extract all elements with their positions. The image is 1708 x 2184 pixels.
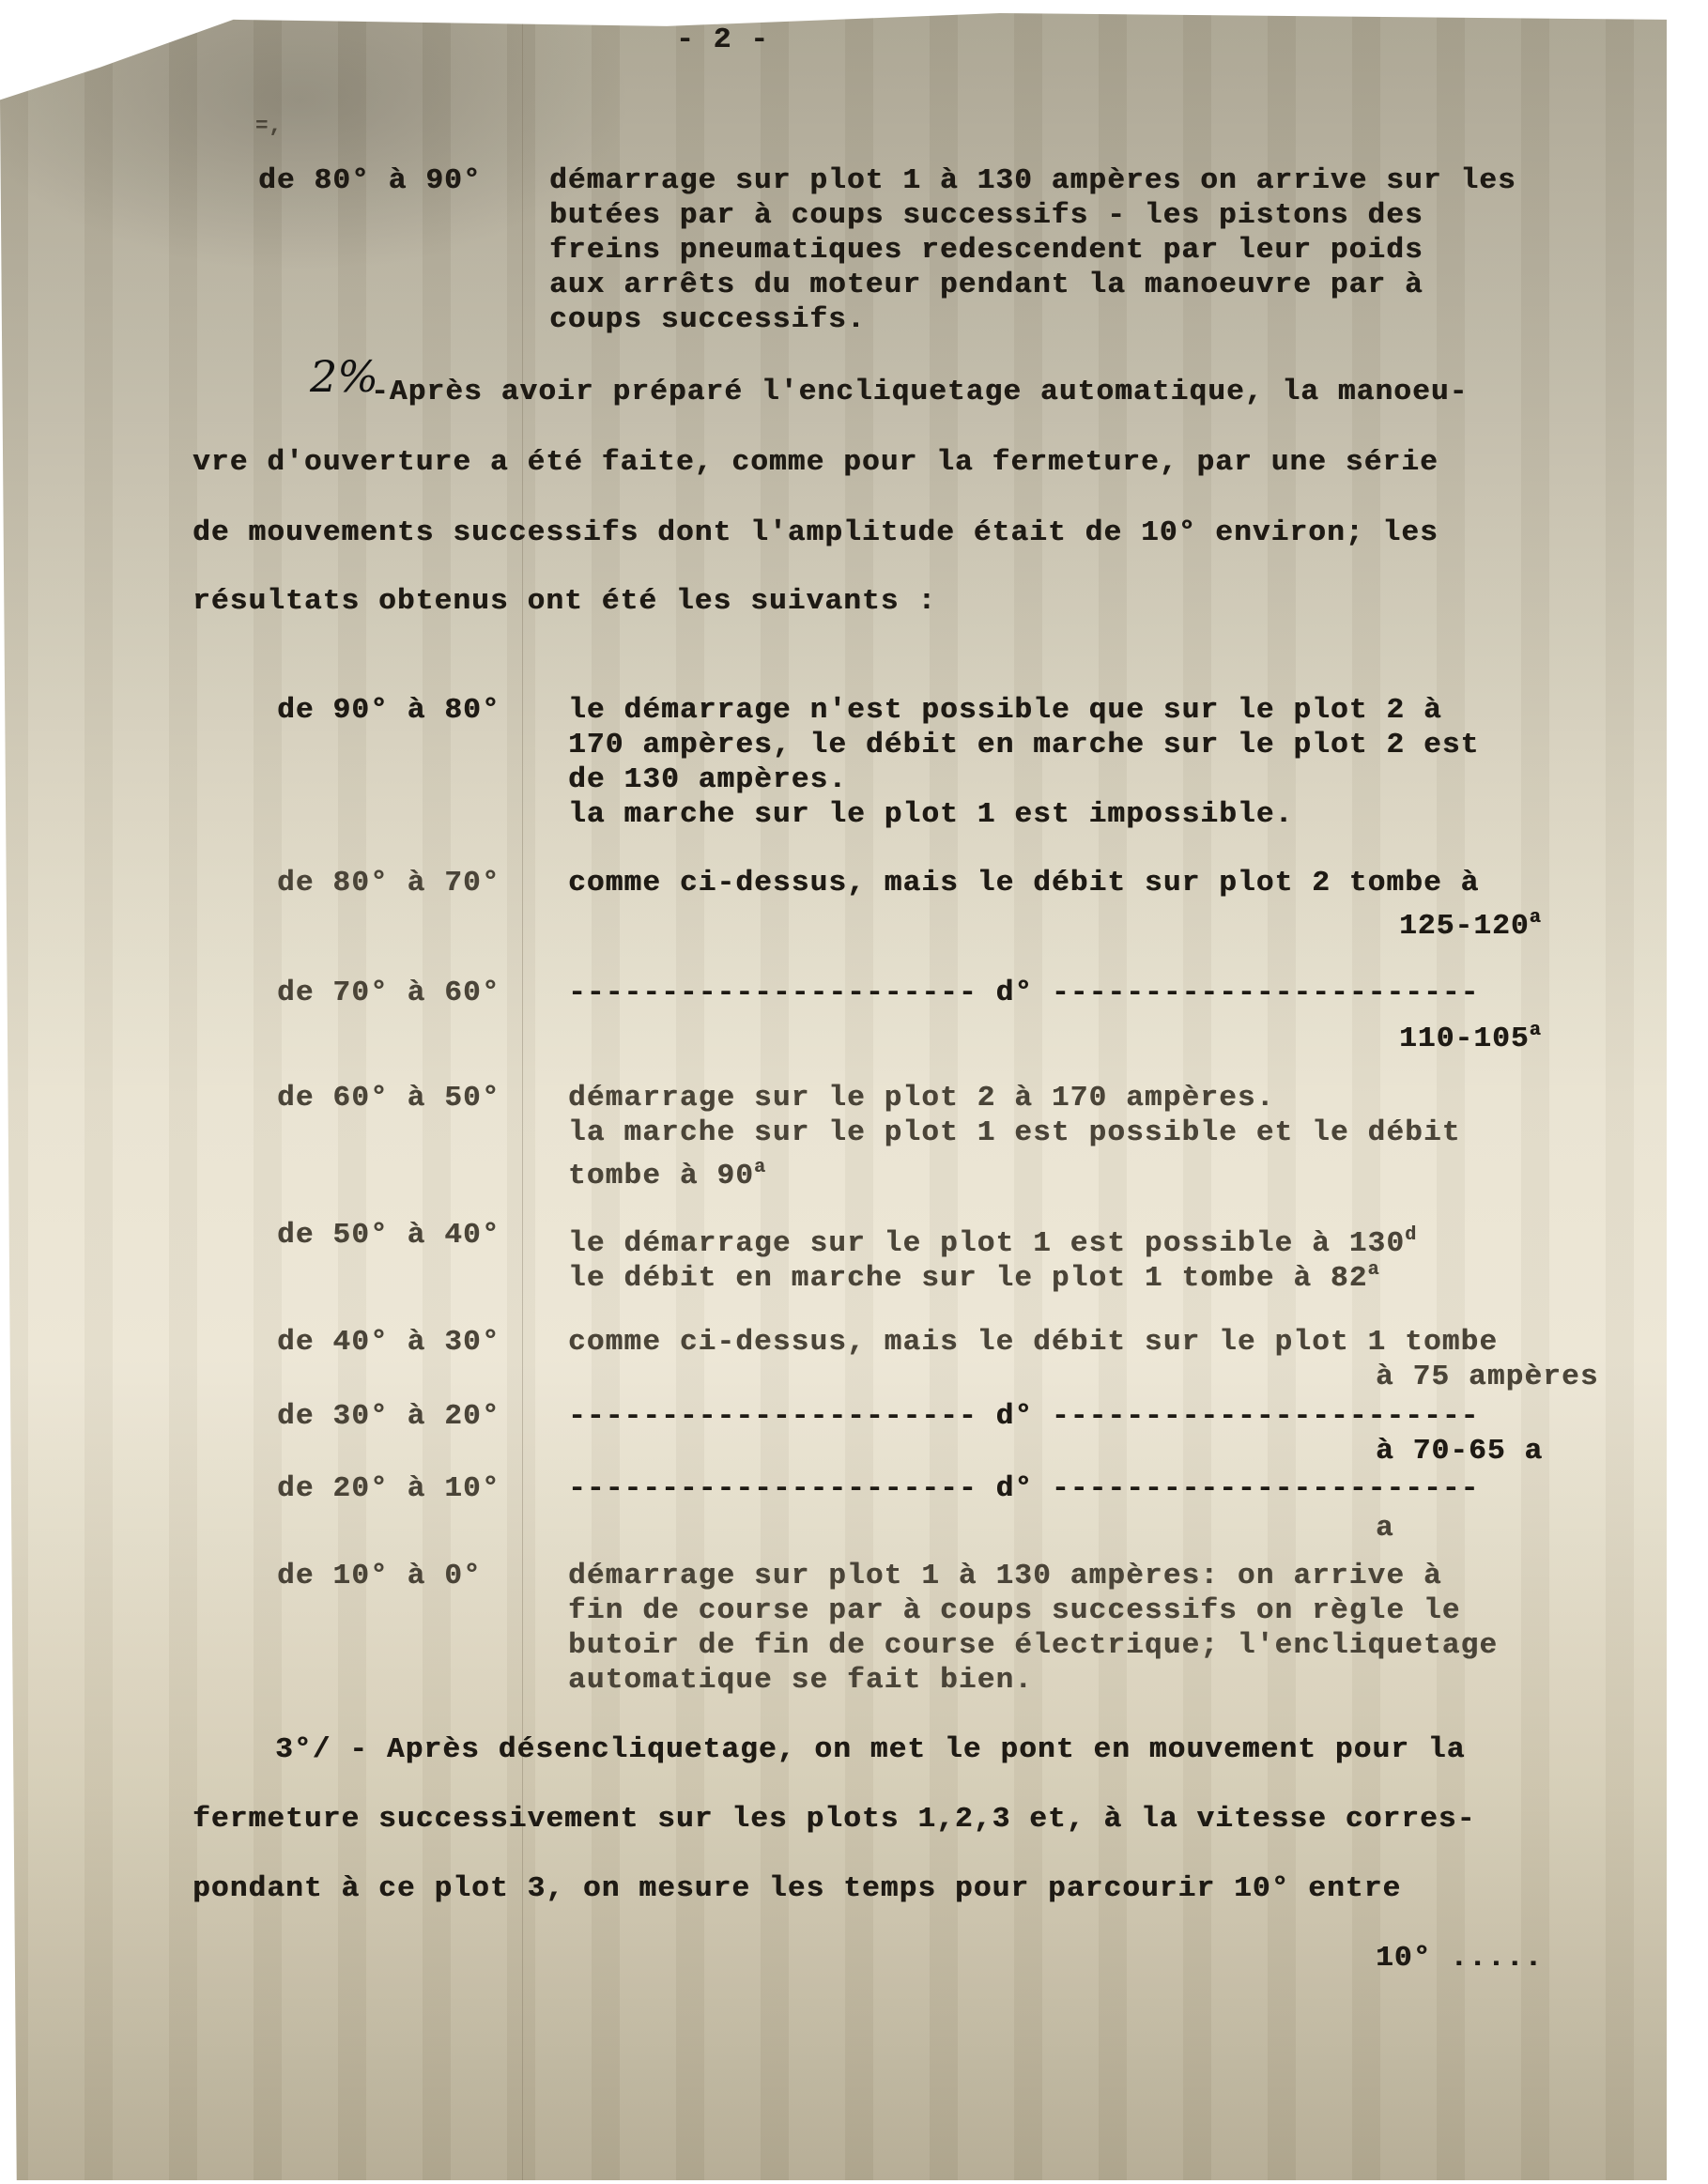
stray-mark: =, xyxy=(255,109,283,144)
page-continuation: 10° ..... xyxy=(1376,1941,1543,1976)
paragraph-line: pondant à ce plot 3, on mesure les temps… xyxy=(192,1871,1401,1906)
paragraph-line: résultats obtenus ont été les suivants : xyxy=(192,584,936,619)
row-label: de 70° à 60° xyxy=(277,976,500,1010)
text-fragment: tombe à 90 xyxy=(568,1160,754,1192)
row-label: de 20° à 10° xyxy=(277,1471,500,1506)
text-line: la marche sur le plot 1 est possible et … xyxy=(568,1115,1461,1150)
text-line: de 130 ampères. xyxy=(568,762,847,797)
text-line: démarrage sur plot 1 à 130 ampères on ar… xyxy=(549,163,1516,198)
ditto-line: ---------------------- d° --------------… xyxy=(568,1399,1479,1434)
text-line: coups successifs. xyxy=(549,302,866,337)
unit-superscript: a xyxy=(1530,1020,1542,1041)
text-line: le débit en marche sur le plot 1 tombe à… xyxy=(568,1253,1380,1296)
paragraph-line: de mouvements successifs dont l'amplitud… xyxy=(192,515,1439,550)
value-reading: a xyxy=(1376,1511,1394,1546)
unit-superscript: a xyxy=(1530,907,1542,929)
row-label: de 90° à 80° xyxy=(277,693,500,728)
value-reading: à 70-65 a xyxy=(1376,1434,1543,1469)
text-line: comme ci-dessus, mais le débit sur le pl… xyxy=(568,1325,1498,1360)
fold-line xyxy=(522,13,523,2180)
text-line: aux arrêts du moteur pendant la manoeuvr… xyxy=(549,268,1423,302)
text-fragment: le débit en marche sur le plot 1 tombe à… xyxy=(568,1262,1368,1295)
unit-superscript: a xyxy=(1368,1259,1380,1281)
row-label: de 80° à 90° xyxy=(258,163,482,198)
current-value: 110-105 xyxy=(1399,1023,1530,1055)
row-label: de 10° à 0° xyxy=(277,1559,482,1593)
paragraph-line: vre d'ouverture a été faite, comme pour … xyxy=(192,445,1439,480)
paragraph-line: 3°/ - Après désencliquetage, on met le p… xyxy=(275,1732,1465,1767)
ditto-line: ---------------------- d° --------------… xyxy=(568,1471,1479,1506)
text-line: le démarrage n'est possible que sur le p… xyxy=(568,693,1442,728)
text-line: automatique se fait bien. xyxy=(568,1663,1033,1698)
row-label: de 40° à 30° xyxy=(277,1325,500,1360)
row-label: de 60° à 50° xyxy=(277,1081,500,1115)
text-line: 170 ampères, le débit en marche sur le p… xyxy=(568,728,1479,762)
row-label: de 30° à 20° xyxy=(277,1399,500,1434)
paragraph-line: -Après avoir préparé l'encliquetage auto… xyxy=(371,375,1468,409)
handwritten-section-number: 2% xyxy=(310,351,378,402)
paragraph-line: fermeture successivement sur les plots 1… xyxy=(192,1802,1475,1837)
ditto-line: ---------------------- d° --------------… xyxy=(568,976,1479,1010)
text-line: tombe à 90a xyxy=(568,1150,766,1193)
value-reading: à 75 ampères xyxy=(1376,1360,1599,1394)
text-line: la marche sur le plot 1 est impossible. xyxy=(568,797,1293,832)
pin-hole xyxy=(94,15,128,38)
unit-superscript: d xyxy=(1405,1224,1417,1246)
current-value: 125-120 xyxy=(1399,910,1530,943)
row-label: de 80° à 70° xyxy=(277,866,500,900)
paper-sheet: - 2 - =, de 80° à 90° démarrage sur plot… xyxy=(0,13,1667,2180)
row-label: de 50° à 40° xyxy=(277,1218,500,1253)
text-line: démarrage sur plot 1 à 130 ampères: on a… xyxy=(568,1559,1442,1593)
text-line: comme ci-dessus, mais le débit sur plot … xyxy=(568,866,1479,900)
text-line: butées par à coups successifs - les pist… xyxy=(549,198,1423,233)
text-line: freins pneumatiques redescendent par leu… xyxy=(549,233,1423,268)
value-reading: 125-120a xyxy=(1399,900,1542,944)
page-number: - 2 - xyxy=(676,23,769,57)
text-line: butoir de fin de course électrique; l'en… xyxy=(568,1628,1498,1663)
text-line: démarrage sur le plot 2 à 170 ampères. xyxy=(568,1081,1275,1115)
unit-superscript: a xyxy=(754,1157,766,1178)
value-reading: 110-105a xyxy=(1399,1013,1542,1056)
text-line: fin de course par à coups successifs on … xyxy=(568,1593,1461,1628)
